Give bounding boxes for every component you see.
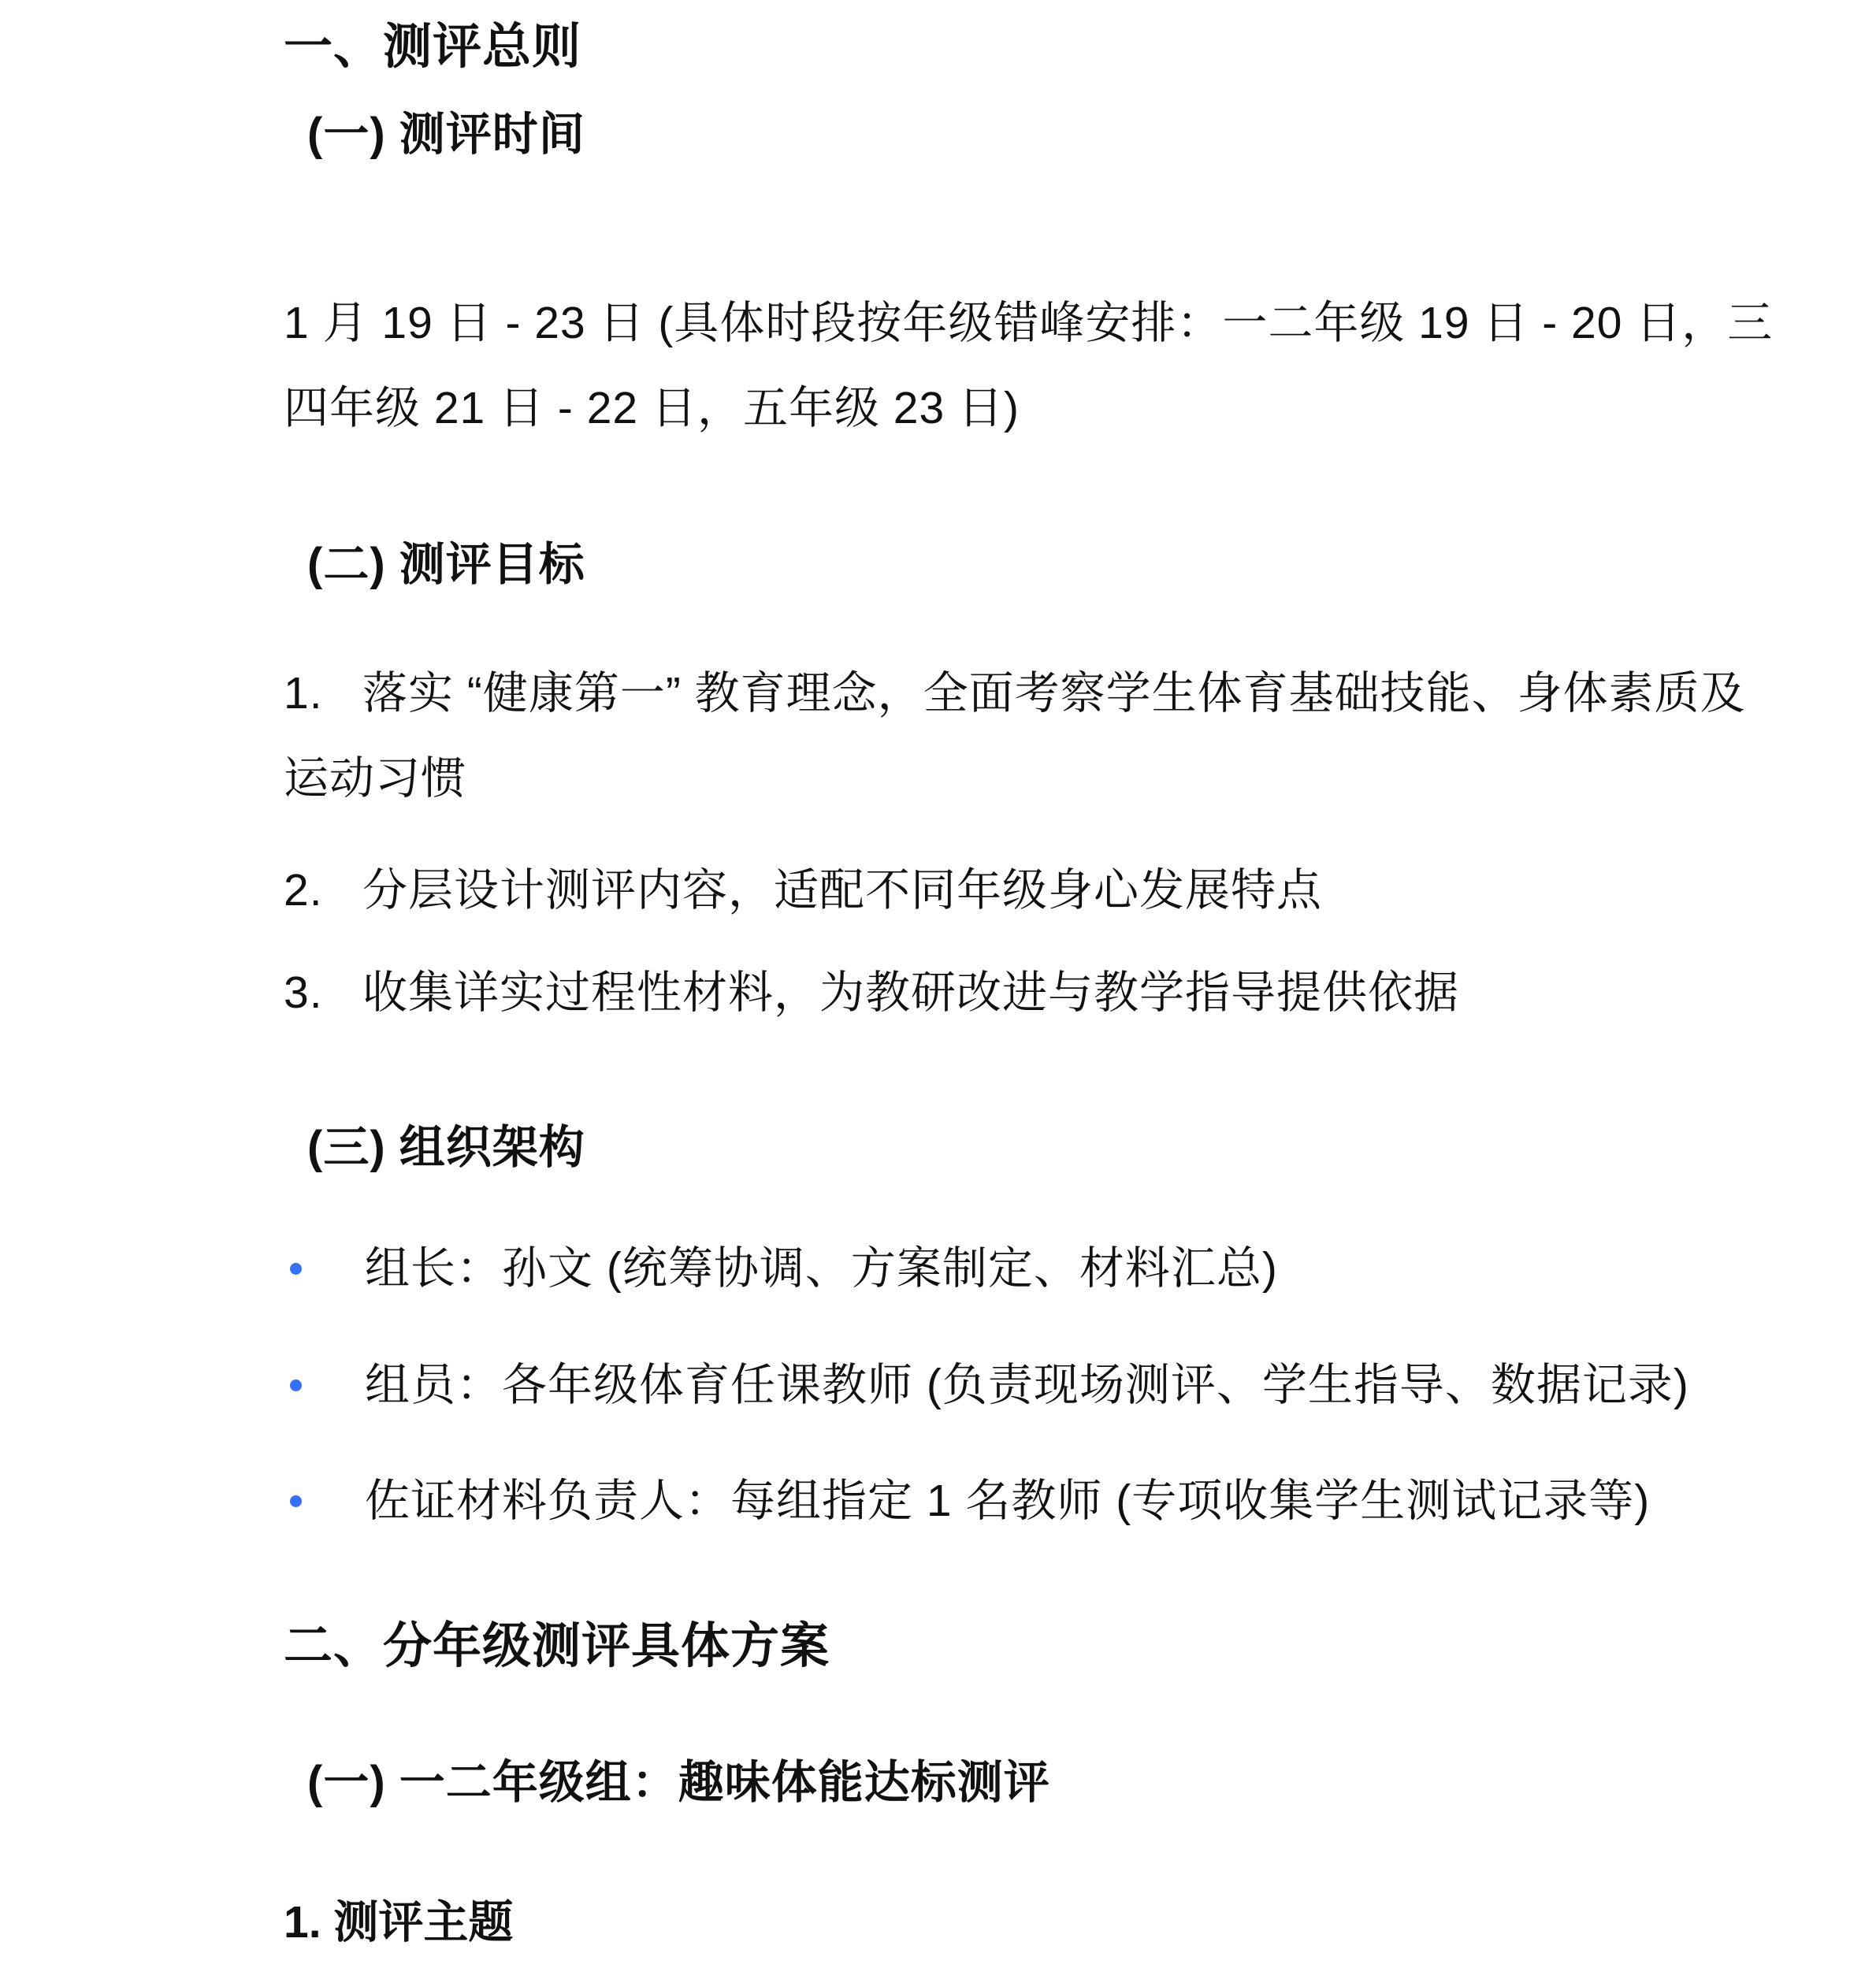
bullet-item: 佐证材料负责人：每组指定 1 名教师 (专项收集学生测试记录等) <box>284 1458 1785 1543</box>
numbered-item-text: 落实 “健康第一” 教育理念，全面考察学生体育基础技能、身体素质及运动习惯 <box>284 668 1746 804</box>
subsection-title-organization: (三) 组织架构 <box>307 1118 1785 1177</box>
section-title-general-rules: 一、测评总则 <box>284 16 1785 79</box>
bullet-item: 组长：孙文 (统筹协调、方案制定、材料汇总) <box>284 1226 1785 1311</box>
subsection-title-grade12-group: (一) 一二年级组：趣味体能达标测评 <box>307 1753 1785 1812</box>
numbered-item: 2.分层设计测评内容，适配不同年级身心发展特点 <box>284 848 1785 933</box>
list-number: 1. <box>284 651 362 736</box>
evaluation-time-paragraph: 1 月 19 日 - 23 日 (具体时段按年级错峰安排：一二年级 19 日 -… <box>284 280 1785 451</box>
document-page: 一、测评总则 (一) 测评时间 1 月 19 日 - 23 日 (具体时段按年级… <box>0 0 1876 1983</box>
section-title-grade-plans: 二、分年级测评具体方案 <box>284 1615 1785 1678</box>
numbered-item: 1.落实 “健康第一” 教育理念，全面考察学生体育基础技能、身体素质及运动习惯 <box>284 651 1785 821</box>
subsection-title-evaluation-time: (一) 测评时间 <box>307 105 1785 164</box>
list-number: 3. <box>284 950 362 1035</box>
bullet-dot-icon <box>290 1263 302 1275</box>
bullet-dot-icon <box>290 1380 302 1391</box>
bullet-item-text: 组长：孙文 (统筹协调、方案制定、材料汇总) <box>365 1226 1278 1311</box>
subsection-title-evaluation-goals: (二) 测评目标 <box>307 535 1785 594</box>
numbered-item-text: 收集详实过程性材料，为教研改进与教学指导提供依据 <box>362 967 1459 1018</box>
list-number: 2. <box>284 848 362 933</box>
subheading-evaluation-theme: 1. 测评主题 <box>284 1889 1785 1956</box>
numbered-item: 3.收集详实过程性材料，为教研改进与教学指导提供依据 <box>284 950 1785 1035</box>
bullet-dot-icon <box>290 1495 302 1507</box>
numbered-item-text: 分层设计测评内容，适配不同年级身心发展特点 <box>362 865 1322 915</box>
bullet-item: 组员：各年级体育任课教师 (负责现场测评、学生指导、数据记录) <box>284 1342 1785 1428</box>
bullet-item-text: 组员：各年级体育任课教师 (负责现场测评、学生指导、数据记录) <box>365 1342 1689 1428</box>
bullet-item-text: 佐证材料负责人：每组指定 1 名教师 (专项收集学生测试记录等) <box>365 1458 1650 1543</box>
